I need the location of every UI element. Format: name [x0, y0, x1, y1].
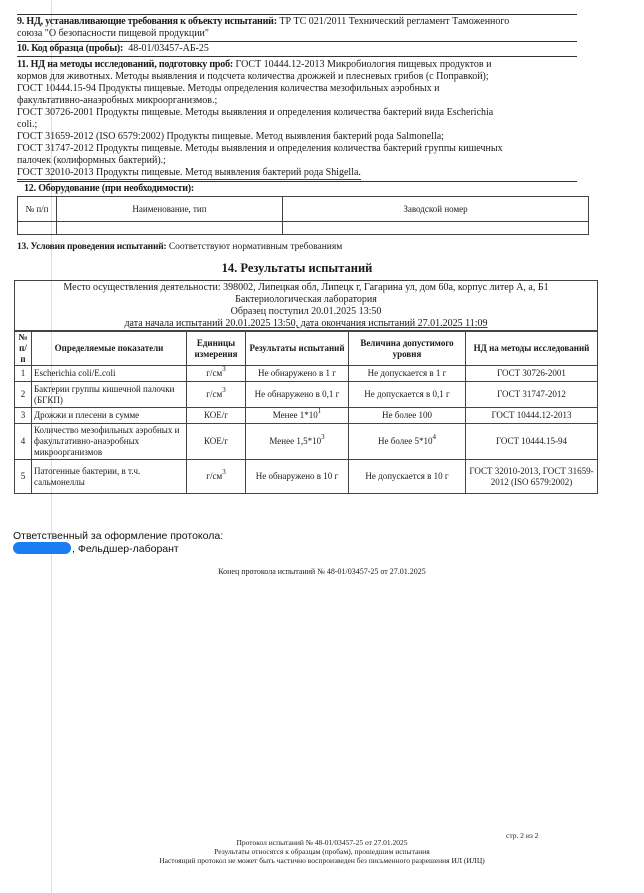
section-11-methods: 11. НД на методы исследований, подготовк… [17, 57, 577, 180]
section-11-label: 11. НД на методы исследований, подготовк… [17, 59, 233, 70]
section-10-label: 10. Код образца (пробы): [17, 43, 123, 54]
page-footer: Протокол испытаний № 48-01/03457-25 от 2… [0, 838, 644, 865]
row-result: Не обнаружено в 10 г [246, 460, 349, 494]
row-indicator: Дрожжи и плесени в сумме [32, 408, 187, 424]
row-method: ГОСТ 10444.12-2013 [466, 408, 598, 424]
sample-received: Образец поступил 20.01.2025 13:50 [15, 306, 597, 318]
row-result: Менее 1*101 [246, 408, 349, 424]
footer-protocol: Протокол испытаний № 48-01/03457-25 от 2… [0, 838, 644, 847]
responsible-block: Ответственный за оформление протокола: ,… [13, 530, 223, 555]
section-9-value-cont: союза "О безопасности пищевой продукции" [17, 28, 577, 40]
col-method: НД на методы исследований [466, 332, 598, 366]
row-indicator: Escherichia coli/E.coli [32, 366, 187, 382]
results-table: № п/п Определяемые показатели Единицы из… [14, 331, 598, 494]
methods-line: ГОСТ 31659-2012 (ISO 6579:2002) Продукты… [17, 131, 577, 143]
footer-reproduction-note: Настоящий протокол не может быть частичн… [0, 856, 644, 865]
row-indicator: Патогенные бактерии, в т.ч. сальмонеллы [32, 460, 187, 494]
equipment-header-serial: Заводской номер [283, 197, 589, 222]
row-number: 1 [15, 366, 32, 382]
row-indicator: Количество мезофильных аэробных и факуль… [32, 424, 187, 460]
row-result: Менее 1,5*103 [246, 424, 349, 460]
methods-line: кормов для животных. Методы выявления и … [17, 71, 577, 83]
section-13-conditions: 13. Условия проведения испытаний: Соотве… [17, 241, 577, 253]
row-unit: КОЕ/г [187, 424, 246, 460]
results-row: 4Количество мезофильных аэробных и факул… [15, 424, 598, 460]
row-unit: г/см3 [187, 382, 246, 408]
responsible-position: , Фельдшер-лаборант [72, 543, 179, 555]
methods-line: ГОСТ 31747-2012 Продукты пищевые. Методы… [17, 143, 577, 155]
row-method: ГОСТ 30726-2001 [466, 366, 598, 382]
row-unit: г/см3 [187, 460, 246, 494]
document-page: 9. НД, устанавливающие требования к объе… [17, 14, 577, 494]
equipment-header-name: Наименование, тип [57, 197, 283, 222]
row-limit: Не допускается в 1 г [349, 366, 466, 382]
responsible-label: Ответственный за оформление протокола: [13, 530, 223, 542]
footer-results-note: Результаты относятся к образцам (пробам)… [0, 847, 644, 856]
methods-line: факультативно-анаэробных микроорганизмов… [17, 95, 577, 107]
row-limit: Не более 100 [349, 408, 466, 424]
section-13-value: Соответствуют нормативным требованиям [166, 242, 342, 252]
results-row: 3Дрожжи и плесени в суммеКОЕ/гМенее 1*10… [15, 408, 598, 424]
col-number: № п/п [15, 332, 32, 366]
row-number: 3 [15, 408, 32, 424]
results-info-box: Место осуществления деятельности: 398002… [14, 280, 598, 331]
results-row: 5Патогенные бактерии, в т.ч. сальмонеллы… [15, 460, 598, 494]
row-result: Не обнаружено в 0,1 г [246, 382, 349, 408]
row-indicator: Бактерии группы кишечной палочки (БГКП) [32, 382, 187, 408]
sample-code: 48-01/03457-АБ-25 [123, 43, 209, 54]
methods-line: палочек (колиформных бактерий).; [17, 155, 577, 167]
row-method: ГОСТ 31747-2012 [466, 382, 598, 408]
row-limit: Не допускается в 0,1 г [349, 382, 466, 408]
equipment-row [18, 222, 589, 235]
row-number: 5 [15, 460, 32, 494]
section-9-label: 9. НД, устанавливающие требования к объе… [17, 16, 277, 27]
methods-line: ГОСТ 32010-2013 Продукты пищевые. Метод … [17, 167, 361, 180]
results-row: 1Escherichia coli/E.coliг/см3Не обнаруже… [15, 366, 598, 382]
col-result: Результаты испытаний [246, 332, 349, 366]
methods-line: ГОСТ 10444.15-94 Продукты пищевые. Метод… [17, 83, 577, 95]
section-10-sample-code: 10. Код образца (пробы): 48-01/03457-АБ-… [17, 42, 577, 57]
row-method: ГОСТ 10444.15-94 [466, 424, 598, 460]
row-unit: КОЕ/г [187, 408, 246, 424]
equipment-header-number: № п/п [18, 197, 57, 222]
col-limit: Величина допустимого уровня [349, 332, 466, 366]
section-12-equipment: 12. Оборудование (при необходимости): [17, 181, 577, 195]
row-result: Не обнаружено в 1 г [246, 366, 349, 382]
col-unit: Единицы измерения [187, 332, 246, 366]
section-13-label: 13. Условия проведения испытаний: [17, 242, 166, 252]
row-number: 2 [15, 382, 32, 408]
end-of-protocol-note: Конец протокола испытаний № 48-01/03457-… [0, 567, 644, 576]
results-row: 2Бактерии группы кишечной палочки (БГКП)… [15, 382, 598, 408]
lab-name: Бактериологическая лаборатория [15, 294, 597, 306]
redacted-name [13, 542, 71, 554]
section-12-label: 12. Оборудование (при необходимости): [24, 183, 194, 194]
methods-line: ГОСТ 30726-2001 Продукты пищевые. Методы… [17, 107, 577, 119]
row-limit: Не более 5*104 [349, 424, 466, 460]
equipment-table: № п/п Наименование, тип Заводской номер [17, 196, 589, 235]
col-indicator: Определяемые показатели [32, 332, 187, 366]
row-method: ГОСТ 32010-2013, ГОСТ 31659-2012 (ISO 65… [466, 460, 598, 494]
location: Место осуществления деятельности: 398002… [15, 282, 597, 294]
methods-line: ГОСТ 10444.12-2013 Микробиология пищевых… [233, 59, 491, 70]
section-9-value: ТР ТС 021/2011 Технический регламент Там… [277, 16, 509, 27]
row-limit: Не допускается в 10 г [349, 460, 466, 494]
methods-line: coli.; [17, 119, 577, 131]
section-9-requirements: 9. НД, устанавливающие требования к объе… [17, 14, 577, 42]
results-title: 14. Результаты испытаний [17, 261, 577, 276]
row-unit: г/см3 [187, 366, 246, 382]
row-number: 4 [15, 424, 32, 460]
test-dates: дата начала испытаний 20.01.2025 13:50, … [15, 318, 597, 330]
